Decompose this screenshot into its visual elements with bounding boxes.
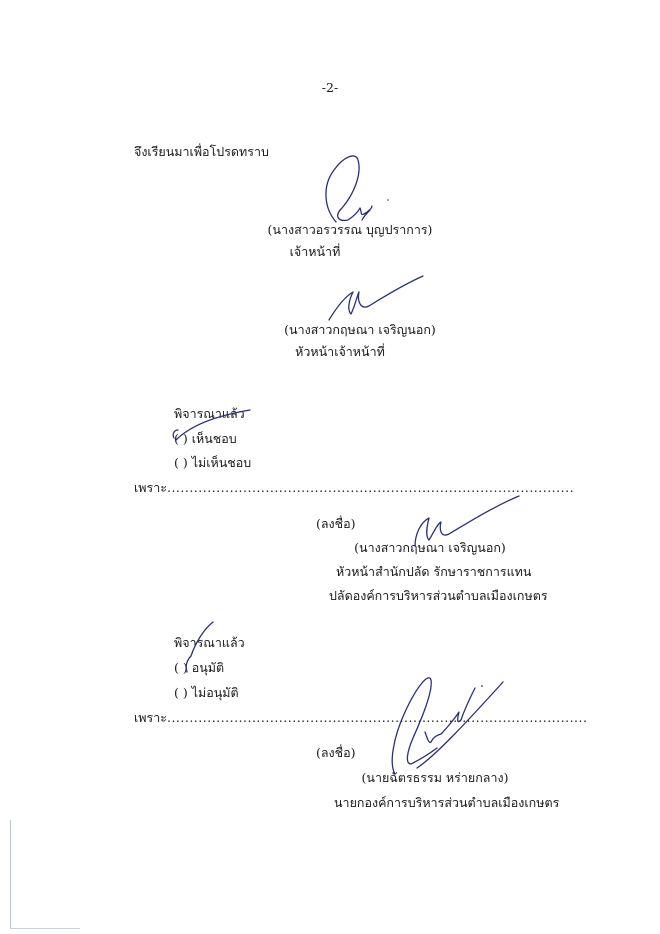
review-1-signer-position-1: หัวหน้าสำนักปลัด รักษาราชการแทน — [336, 564, 531, 580]
review-1-sign-label: (ลงชื่อ) — [316, 516, 356, 532]
signature-4 — [385, 668, 515, 778]
review-2-signer-name: (นายฉัตรธรรม หร่ายกลาง) — [340, 770, 530, 786]
signatory-1-position: เจ้าหน้าที่ — [230, 244, 400, 260]
review-1-signer-name: (นางสาวกฤษณา เจริญนอก) — [330, 540, 530, 556]
reason-dotted-line: ........................................… — [167, 480, 574, 495]
checkbox-disapprove[interactable]: ( ) — [174, 685, 188, 700]
signatory-2-name: (นางสาวกฤษณา เจริญนอก) — [230, 322, 490, 338]
reason-dotted-line: ........................................… — [167, 710, 588, 725]
page-number: -2- — [300, 80, 360, 96]
checkbox-disapprove[interactable]: ( ) — [174, 455, 188, 470]
review-2-reason: เพราะ...................................… — [134, 710, 587, 726]
signature-2 — [325, 270, 430, 325]
checkmark-2 — [175, 620, 225, 675]
review-2-signer-position: นายกองค์การบริหารส่วนตำบลเมืองเกษตร — [334, 795, 559, 811]
review-2-sign-label: (ลงชื่อ) — [316, 745, 356, 761]
review-2-option-disapprove[interactable]: ( ) ไม่อนุมัติ — [174, 685, 239, 701]
scan-edge — [10, 820, 11, 928]
reason-label: เพราะ — [134, 710, 167, 725]
option-label: ไม่เห็นชอบ — [192, 455, 252, 470]
reason-label: เพราะ — [134, 480, 167, 495]
review-1-signer-position-2: ปลัดองค์การบริหารส่วนตำบลเมืองเกษตร — [329, 588, 548, 604]
signature-1 — [318, 150, 428, 230]
checkmark-1 — [170, 402, 260, 444]
scan-edge — [10, 928, 80, 929]
closing-sentence: จึงเรียนมาเพื่อโปรดทราบ — [134, 144, 269, 160]
signatory-2-position: หัวหน้าเจ้าหน้าที่ — [240, 344, 440, 360]
signatory-1-name: (นางสาวอรวรรณ บุญปราการ) — [230, 222, 470, 238]
option-label: ไม่อนุมัติ — [192, 685, 239, 700]
review-1-option-disapprove[interactable]: ( ) ไม่เห็นชอบ — [174, 455, 251, 471]
